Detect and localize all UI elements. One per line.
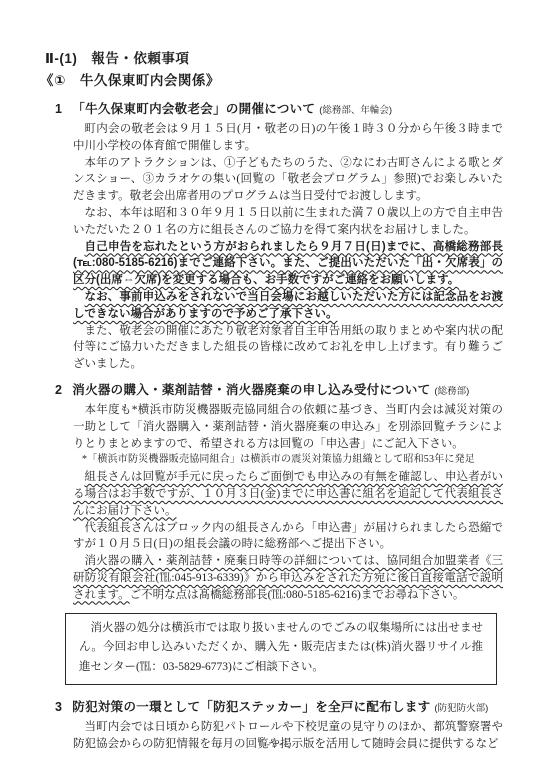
section3-number: 3 [55,700,62,714]
section2-heading: 2消火器の購入・薬剤詰替・消火器廃棄の申し込み受付について(総務部) [55,382,549,400]
section2-footnote: *「横浜市防災機器販売協同組合」は横浜市の震災対策協力組織として昭和53年に発足 [82,452,503,469]
report-items-heading: Ⅱ-(1) 報告・依頼事項 [45,48,549,70]
disposal-notice-box: 消火器の処分は横浜市では取り扱いませんのでごみの収集場所には出せません。今回お申… [65,613,497,686]
section2-number: 2 [55,383,62,397]
section2-paragraph-1: 本年度も*横浜市防災機器販売協同組合の依頼に基づき、当町内会は減災対策の一助とし… [73,402,503,452]
section2-paragraph-3: 代表組長さんはブロック内の組長さんから「申込書」が届けられましたら恐縮ですが１０… [73,520,503,554]
section1-heading: 1「牛久保東町内会敬老会」の開催について(総務部、年輪会) [55,101,549,119]
section1-paragraph-5-emphasized: なお、事前申込みをされないで当日会場にお越しいただいた方には記念品をお渡しできな… [73,289,503,323]
section1-department-label: (総務部、年輪会) [319,105,392,116]
section1-title: 「牛久保東町内会敬老会」の開催について [72,102,315,116]
group-heading: 《① 牛久保東町内会関係》 [40,70,549,92]
section1-paragraph-3: なお、本年は昭和３０年９月１５日以前に生まれた満７０歳以上の方で自主申告いただい… [73,205,503,239]
section3-title: 防犯対策の一環として「防犯ステッカー」を全戸に配布します [72,700,430,714]
section1-paragraph-1: 町内会の敬老会は９月１５日(月・敬老の日)の午後１時３０分から午後３時まで中川小… [73,121,503,155]
section2-paragraph-2-underlined: 組長さんは回覧が手元に戻ったらご面倒でも申込みの有無を確認し、申込者がいる場合は… [73,469,503,519]
section2-paragraph-4-plain-part: ご不明な点は髙橋総務部長(℡:080-5185-6216)までお尋ね下さい。 [130,589,465,601]
page-number: - 3 - [0,737,549,754]
section2-title: 消火器の購入・薬剤詰替・消火器廃棄の申し込み受付について [72,383,430,397]
section1-number: 1 [55,102,62,116]
section3-department-label: (防犯防火部) [434,703,488,714]
section3-heading: 3防犯対策の一環として「防犯ステッカー」を全戸に配布します(防犯防火部) [55,699,549,717]
section1-paragraph-4-emphasized: 自己申告を忘れたという方がおられましたら９月７日(日)までに、高橋総務部長(℡:… [73,239,503,289]
section2-department-label: (総務部) [434,386,469,397]
section1-paragraph-2: 本年のアトラクションは、①子どもたちのうた、②なにわ古町さんによる歌とダンスショ… [73,155,503,205]
section1-paragraph-6: また、敬老会の開催にあたり敬老対象者自主申告用紙の取りまとめや案内状の配付等にご… [73,323,503,373]
section2-paragraph-4: 消火器の購入・薬剤詰替・廃棄日時等の詳細については、協同組合加盟業者《三研防災有… [73,553,503,603]
document-page: Ⅱ-(1) 報告・依頼事項 《① 牛久保東町内会関係》 1「牛久保東町内会敬老会… [0,0,549,776]
disposal-notice-text: 消火器の処分は横浜市では取り扱いませんのでごみの収集場所には出せません。今回お申… [79,619,483,678]
